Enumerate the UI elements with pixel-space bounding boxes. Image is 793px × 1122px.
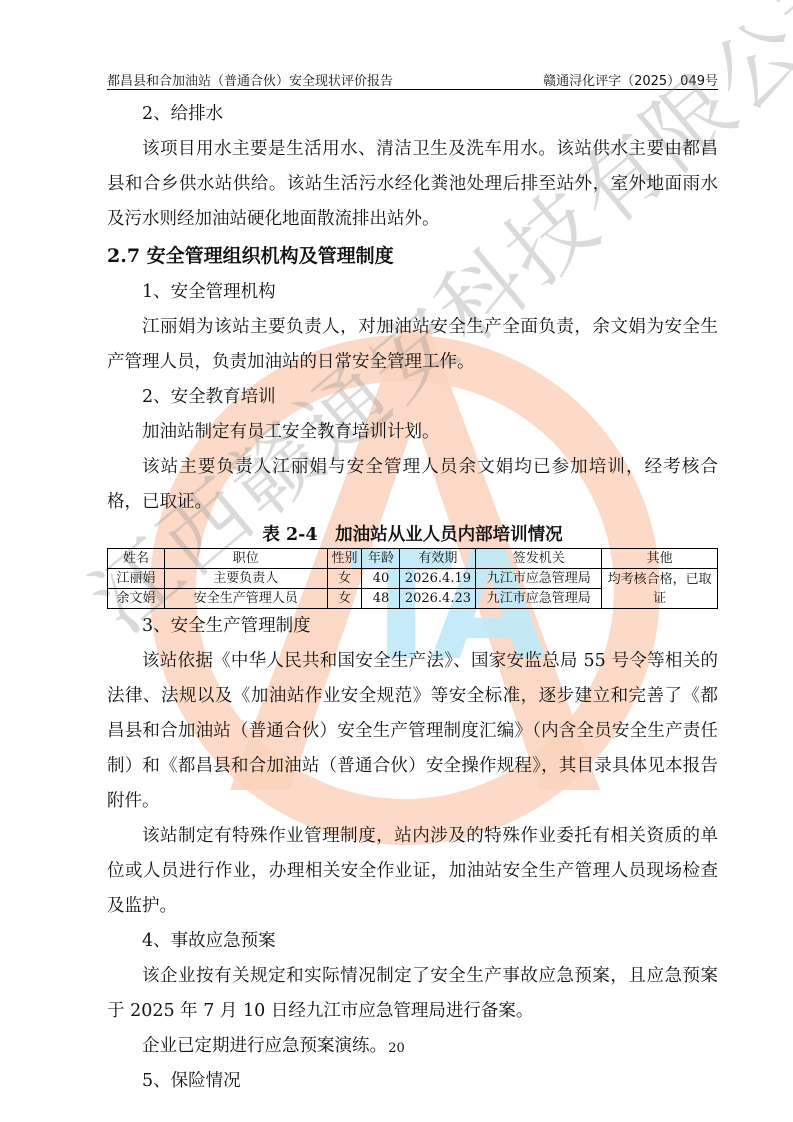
header-report-title: 都昌县和合加油站（普通合伙）安全现状评价报告 <box>107 70 393 89</box>
cell-other-merged: 均考核合格，已取证 <box>602 569 718 609</box>
col-header: 签发机关 <box>476 549 602 569</box>
subheading-training: 2、安全教育培训 <box>107 380 718 415</box>
subheading-emergency-plan: 4、事故应急预案 <box>107 924 718 959</box>
cell-gender: 女 <box>327 589 362 609</box>
paragraph-training-plan: 加油站制定有员工安全教育培训计划。 <box>107 415 718 450</box>
table-caption: 表 2-4 加油站从业人员内部培训情况 <box>107 522 718 548</box>
cell-position: 安全生产管理人员 <box>164 589 327 609</box>
cell-name: 余文娟 <box>108 589 165 609</box>
cell-issuer: 九江市应急管理局 <box>476 569 602 589</box>
cell-position: 主要负责人 <box>164 569 327 589</box>
header-report-number: 赣通浔化评字（2025）049号 <box>543 70 718 89</box>
cell-name: 江丽娟 <box>108 569 165 589</box>
subheading-water: 2、给排水 <box>107 97 718 132</box>
col-header: 其他 <box>602 549 718 569</box>
col-header: 职位 <box>164 549 327 569</box>
paragraph-org: 江丽娟为该站主要负责人，对加油站安全生产全面负责，余文娟为安全生产管理人员，负责… <box>107 310 718 380</box>
paragraph-emergency-plan: 该企业按有关规定和实际情况制定了安全生产事故应急预案，且应急预案于 2025 年… <box>107 959 718 1029</box>
col-header: 性别 <box>327 549 362 569</box>
subheading-management-system: 3、安全生产管理制度 <box>107 609 718 644</box>
document-page: 都昌县和合加油站（普通合伙）安全现状评价报告 赣通浔化评字（2025）049号 … <box>0 0 793 1122</box>
staff-training-table: 姓名 职位 性别 年龄 有效期 签发机关 其他 江丽娟 主要负责人 女 40 2… <box>107 548 718 609</box>
section-title: 2.7 安全管理组织机构及管理制度 <box>107 237 718 275</box>
cell-valid-until: 2026.4.23 <box>400 589 476 609</box>
cell-issuer: 九江市应急管理局 <box>476 589 602 609</box>
cell-age: 40 <box>362 569 400 589</box>
paragraph-training-result: 该站主要负责人江丽娟与安全管理人员余文娟均已参加培训，经考核合格，已取证。 <box>107 450 718 520</box>
subheading-insurance: 5、保险情况 <box>107 1064 718 1099</box>
paragraph-special-work: 该站制定有特殊作业管理制度，站内涉及的特殊作业委托有相关资质的单位或人员进行作业… <box>107 819 718 924</box>
document-body: 2、给排水 该项目用水主要是生活用水、清洁卫生及洗车用水。该站供水主要由都昌县和… <box>107 97 718 1099</box>
table-row: 江丽娟 主要负责人 女 40 2026.4.19 九江市应急管理局 均考核合格，… <box>108 569 718 589</box>
page-number: 20 <box>0 1041 793 1056</box>
cell-gender: 女 <box>327 569 362 589</box>
col-header: 年龄 <box>362 549 400 569</box>
paragraph-management-system: 该站依据《中华人民共和国安全生产法》、国家安监总局 55 号令等相关的法律、法规… <box>107 644 718 819</box>
col-header: 姓名 <box>108 549 165 569</box>
col-header: 有效期 <box>400 549 476 569</box>
cell-valid-until: 2026.4.19 <box>400 569 476 589</box>
table-header-row: 姓名 职位 性别 年龄 有效期 签发机关 其他 <box>108 549 718 569</box>
subheading-org: 1、安全管理机构 <box>107 275 718 310</box>
cell-age: 48 <box>362 589 400 609</box>
page-header: 都昌县和合加油站（普通合伙）安全现状评价报告 赣通浔化评字（2025）049号 <box>107 67 718 90</box>
paragraph-water: 该项目用水主要是生活用水、清洁卫生及洗车用水。该站供水主要由都昌县和合乡供水站供… <box>107 132 718 237</box>
